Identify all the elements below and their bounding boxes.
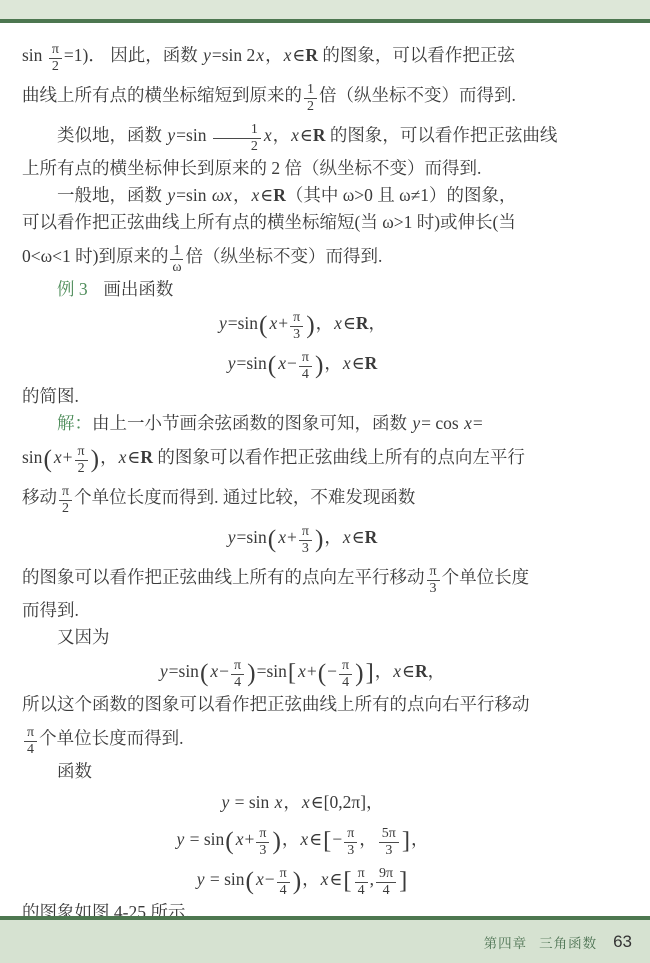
paragraph-line: 类似地，函数 y=sin 12x，x∈R 的图象，可以看作把正弦曲线	[22, 115, 582, 155]
paragraph-line: 又因为	[22, 624, 582, 651]
fraction: π2	[75, 445, 88, 477]
paragraph-line: 函数	[22, 758, 582, 785]
math-var: x	[255, 45, 265, 65]
formula-line: y = sin x，x∈[0,2π]，	[22, 785, 582, 819]
math-text: =sin	[176, 185, 211, 205]
left-paren: (	[258, 311, 268, 339]
formula-line: y = sin(x−π4)，x∈[π4,9π4]	[22, 859, 582, 899]
punct: ，	[283, 792, 301, 812]
math-op: −	[332, 829, 342, 849]
punct: ,	[370, 869, 374, 889]
math-var: y	[411, 413, 421, 433]
paragraph-line: π4个单位长度而得到.	[22, 718, 582, 758]
math-text: ∈	[352, 527, 365, 547]
paragraph-line: 所以这个函数的图象可以看作把正弦曲线上所有的点向右平行移动	[22, 691, 582, 718]
math-text: ∈	[127, 447, 140, 467]
body-text: 个单位长度而得到.	[39, 728, 183, 748]
math-var: y	[227, 353, 237, 373]
math-text: sin	[22, 45, 42, 65]
body-text: 由上一小节画余弦函数的图象可知，函数	[92, 413, 411, 433]
math-var: x	[118, 447, 128, 467]
math-var: y	[159, 661, 169, 681]
math-text: =sin	[257, 661, 287, 681]
paragraph-line: 移动π2个单位长度而得到. 通过比较，不难发现函数	[22, 477, 582, 517]
paragraph-line: 上所有点的横坐标伸长到原来的 2 倍（纵坐标不变）而得到.	[22, 155, 582, 182]
body-text: 的图象，可以看作把正弦曲线	[326, 125, 558, 145]
math-set-R: R	[305, 45, 318, 65]
body-text: 曲线上所有点的横坐标缩短到原来的	[22, 85, 302, 105]
fraction: 9π4	[376, 867, 396, 899]
punct: ，	[428, 661, 446, 681]
right-bracket: ]	[401, 827, 411, 854]
left-paren: (	[199, 659, 209, 687]
right-paren: )	[292, 867, 302, 895]
math-text: =sin 2	[212, 45, 255, 65]
math-text: ∈	[352, 353, 365, 373]
math-text: ∈	[300, 125, 313, 145]
fraction: π3	[427, 565, 440, 597]
punct: ，	[324, 527, 342, 547]
math-var: x	[333, 313, 343, 333]
body-text: （其中 ω>0 且 ω≠1）的图象，	[286, 185, 517, 205]
body-text: 的图象，可以看作把正弦	[318, 45, 515, 65]
math-var: x	[277, 353, 287, 373]
math-var: ωx	[211, 185, 233, 205]
math-text: ∈	[292, 45, 305, 65]
left-bracket: [	[322, 827, 332, 854]
body-text: 移动	[22, 487, 57, 507]
right-bracket: ]	[365, 659, 375, 686]
example-heading: 例 3画出函数	[22, 276, 582, 303]
body-text: 因此，函数	[110, 45, 202, 65]
fraction: 12	[213, 123, 261, 155]
math-var: x	[290, 125, 300, 145]
footer-band: 第四章 三角函数 63	[0, 920, 650, 963]
right-paren: )	[354, 659, 364, 687]
math-op: −	[327, 661, 337, 681]
math-var: x	[274, 792, 284, 812]
math-op: +	[245, 829, 255, 849]
header-band	[0, 0, 650, 19]
right-paren: )	[271, 827, 281, 855]
paragraph-line: 一般地，函数 y=sin ωx，x∈R（其中 ω>0 且 ω≠1）的图象，	[22, 182, 582, 209]
punct: ，	[411, 829, 429, 849]
math-set-R: R	[415, 661, 428, 681]
math-set-R: R	[273, 185, 286, 205]
math-op: =	[473, 413, 483, 433]
fraction: π3	[256, 827, 269, 859]
left-paren: (	[245, 867, 255, 895]
math-text: = sin	[205, 869, 244, 889]
left-paren: (	[317, 659, 327, 687]
solution-label: 解	[57, 413, 75, 433]
math-set-R: R	[365, 353, 378, 373]
punct: ：	[75, 413, 93, 433]
paragraph-line: sin π2=1)． 因此，函数 y=sin 2x，x∈R 的图象，可以看作把正…	[22, 35, 582, 75]
punct: ，	[302, 869, 320, 889]
math-var: y	[166, 185, 176, 205]
fraction: 1ω	[170, 244, 183, 276]
math-var: x	[255, 869, 265, 889]
math-var: x	[342, 527, 352, 547]
math-var: x	[301, 792, 311, 812]
math-text: ∈	[329, 869, 342, 889]
math-set-R: R	[313, 125, 326, 145]
fraction: π3	[299, 525, 312, 557]
punct: ，	[369, 313, 387, 333]
paragraph-line: 而得到.	[22, 597, 582, 624]
math-var: x	[209, 661, 219, 681]
chapter-label: 第四章	[484, 932, 528, 952]
left-paren: (	[42, 445, 52, 473]
punct: ，	[324, 353, 342, 373]
math-var: x	[277, 527, 287, 547]
fraction: π3	[290, 311, 303, 343]
body-text: 倍（纵坐标不变）而得到.	[185, 246, 382, 266]
math-text: =1)．	[64, 45, 106, 65]
math-var: x	[235, 829, 245, 849]
math-text: =sin	[228, 313, 258, 333]
right-paren: )	[314, 351, 324, 379]
math-text: ∈	[402, 661, 415, 681]
math-var: x	[53, 447, 63, 467]
punct: ，	[282, 829, 300, 849]
fraction: π4	[231, 659, 244, 691]
fraction: 5π3	[379, 827, 399, 859]
math-var: x	[320, 869, 330, 889]
math-var: x	[299, 829, 309, 849]
fraction: π4	[24, 726, 37, 758]
math-op: −	[287, 353, 297, 373]
math-interval: [0,2π]	[324, 792, 366, 812]
math-text: sin	[22, 447, 42, 467]
section-label: 三角函数	[539, 932, 597, 952]
math-op: +	[287, 527, 297, 547]
math-text: =sin	[236, 353, 266, 373]
body-text: 的图象可以看作把正弦曲线上所有的点向左平行移动	[22, 567, 425, 587]
math-var: x	[263, 125, 273, 145]
fraction: π4	[277, 867, 290, 899]
math-set-R: R	[365, 527, 378, 547]
math-var: x	[392, 661, 402, 681]
math-var: y	[175, 829, 185, 849]
body-text: 的图象可以看作把正弦曲线上所有的点向左平行	[153, 447, 525, 467]
fraction: π2	[59, 485, 72, 517]
paragraph-line: 曲线上所有点的横坐标缩短到原来的12倍（纵坐标不变）而得到.	[22, 75, 582, 115]
math-var: y	[218, 313, 228, 333]
fraction: π4	[299, 351, 312, 383]
right-paren: )	[246, 659, 256, 687]
math-var: x	[297, 661, 307, 681]
left-paren: (	[267, 525, 277, 553]
left-paren: (	[267, 351, 277, 379]
body-text: 画出函数	[103, 279, 173, 299]
punct: ，	[359, 829, 377, 849]
punct: ，	[366, 792, 384, 812]
body-text: 倍（纵坐标不变）而得到.	[319, 85, 516, 105]
fraction: π4	[339, 659, 352, 691]
punct: ，	[375, 661, 393, 681]
body-text: 个单位长度	[442, 567, 530, 587]
example-label: 例 3	[57, 279, 88, 299]
math-var: y	[220, 792, 230, 812]
body-text: ，	[273, 125, 291, 145]
math-var: x	[268, 313, 278, 333]
paragraph-line: 的简图.	[22, 383, 582, 410]
fraction: π3	[344, 827, 357, 859]
page-number: 63	[613, 932, 632, 952]
body-text: ，	[265, 45, 283, 65]
math-var: x	[283, 45, 293, 65]
math-var: x	[342, 353, 352, 373]
math-var: y	[227, 527, 237, 547]
math-text: = cos	[421, 413, 463, 433]
formula-line: y=sin(x+π3)，x∈R	[22, 517, 582, 557]
formula-line: y=sin(x+π3)，x∈R，	[22, 303, 582, 343]
right-paren: )	[314, 525, 324, 553]
punct: ，	[100, 447, 118, 467]
punct: ，	[316, 313, 334, 333]
math-text: =sin	[169, 661, 199, 681]
math-text: ∈	[309, 829, 322, 849]
math-op: +	[278, 313, 288, 333]
right-paren: )	[90, 445, 100, 473]
math-text: ∈	[260, 185, 273, 205]
left-bracket: [	[342, 867, 352, 894]
math-text: =sin	[236, 527, 266, 547]
footer: 第四章 三角函数 63	[0, 916, 650, 963]
math-set-R: R	[140, 447, 153, 467]
math-text: = sin	[185, 829, 224, 849]
page-body: sin π2=1)． 因此，函数 y=sin 2x，x∈R 的图象，可以看作把正…	[0, 23, 650, 926]
paragraph-line: 可以看作把正弦曲线上所有点的横坐标缩短(当 ω>1 时)或伸长(当	[22, 209, 582, 236]
math-var: y	[166, 125, 176, 145]
paragraph-line: 0<ω<1 时)到原来的1ω倍（纵坐标不变）而得到.	[22, 236, 582, 276]
math-op: +	[307, 661, 317, 681]
fraction: π2	[49, 43, 62, 75]
math-var: x	[463, 413, 473, 433]
math-op: −	[265, 869, 275, 889]
left-bracket: [	[287, 659, 297, 686]
math-text: ∈	[311, 792, 324, 812]
math-op: +	[63, 447, 73, 467]
left-paren: (	[224, 827, 234, 855]
math-var: y	[202, 45, 212, 65]
fraction: π4	[355, 867, 368, 899]
body-text: ，	[233, 185, 251, 205]
fraction: 12	[304, 83, 317, 115]
math-text: =sin	[176, 125, 211, 145]
body-text: 一般地，函数	[57, 185, 166, 205]
math-text: ∈	[343, 313, 356, 333]
solution-line: 解：由上一小节画余弦函数的图象可知，函数 y= cos x=	[22, 410, 582, 437]
body-text: 类似地，函数	[57, 125, 166, 145]
math-text: = sin	[230, 792, 273, 812]
paragraph-line: 的图象可以看作把正弦曲线上所有的点向左平行移动π3个单位长度	[22, 557, 582, 597]
formula-line: y=sin(x−π4)，x∈R	[22, 343, 582, 383]
body-text: 个单位长度而得到. 通过比较，不难发现函数	[74, 487, 415, 507]
math-op: −	[219, 661, 229, 681]
right-paren: )	[305, 311, 315, 339]
right-bracket: ]	[398, 867, 408, 894]
formula-line: y=sin(x−π4)=sin[x+(−π4)]，x∈R，	[22, 651, 582, 691]
paragraph-line: sin(x+π2)，x∈R 的图象可以看作把正弦曲线上所有的点向左平行	[22, 437, 582, 477]
math-set-R: R	[356, 313, 369, 333]
body-text: 0<ω<1 时)到原来的	[22, 246, 168, 266]
formula-line: y = sin(x+π3)，x∈[−π3，5π3]，	[22, 819, 582, 859]
math-var: x	[250, 185, 260, 205]
